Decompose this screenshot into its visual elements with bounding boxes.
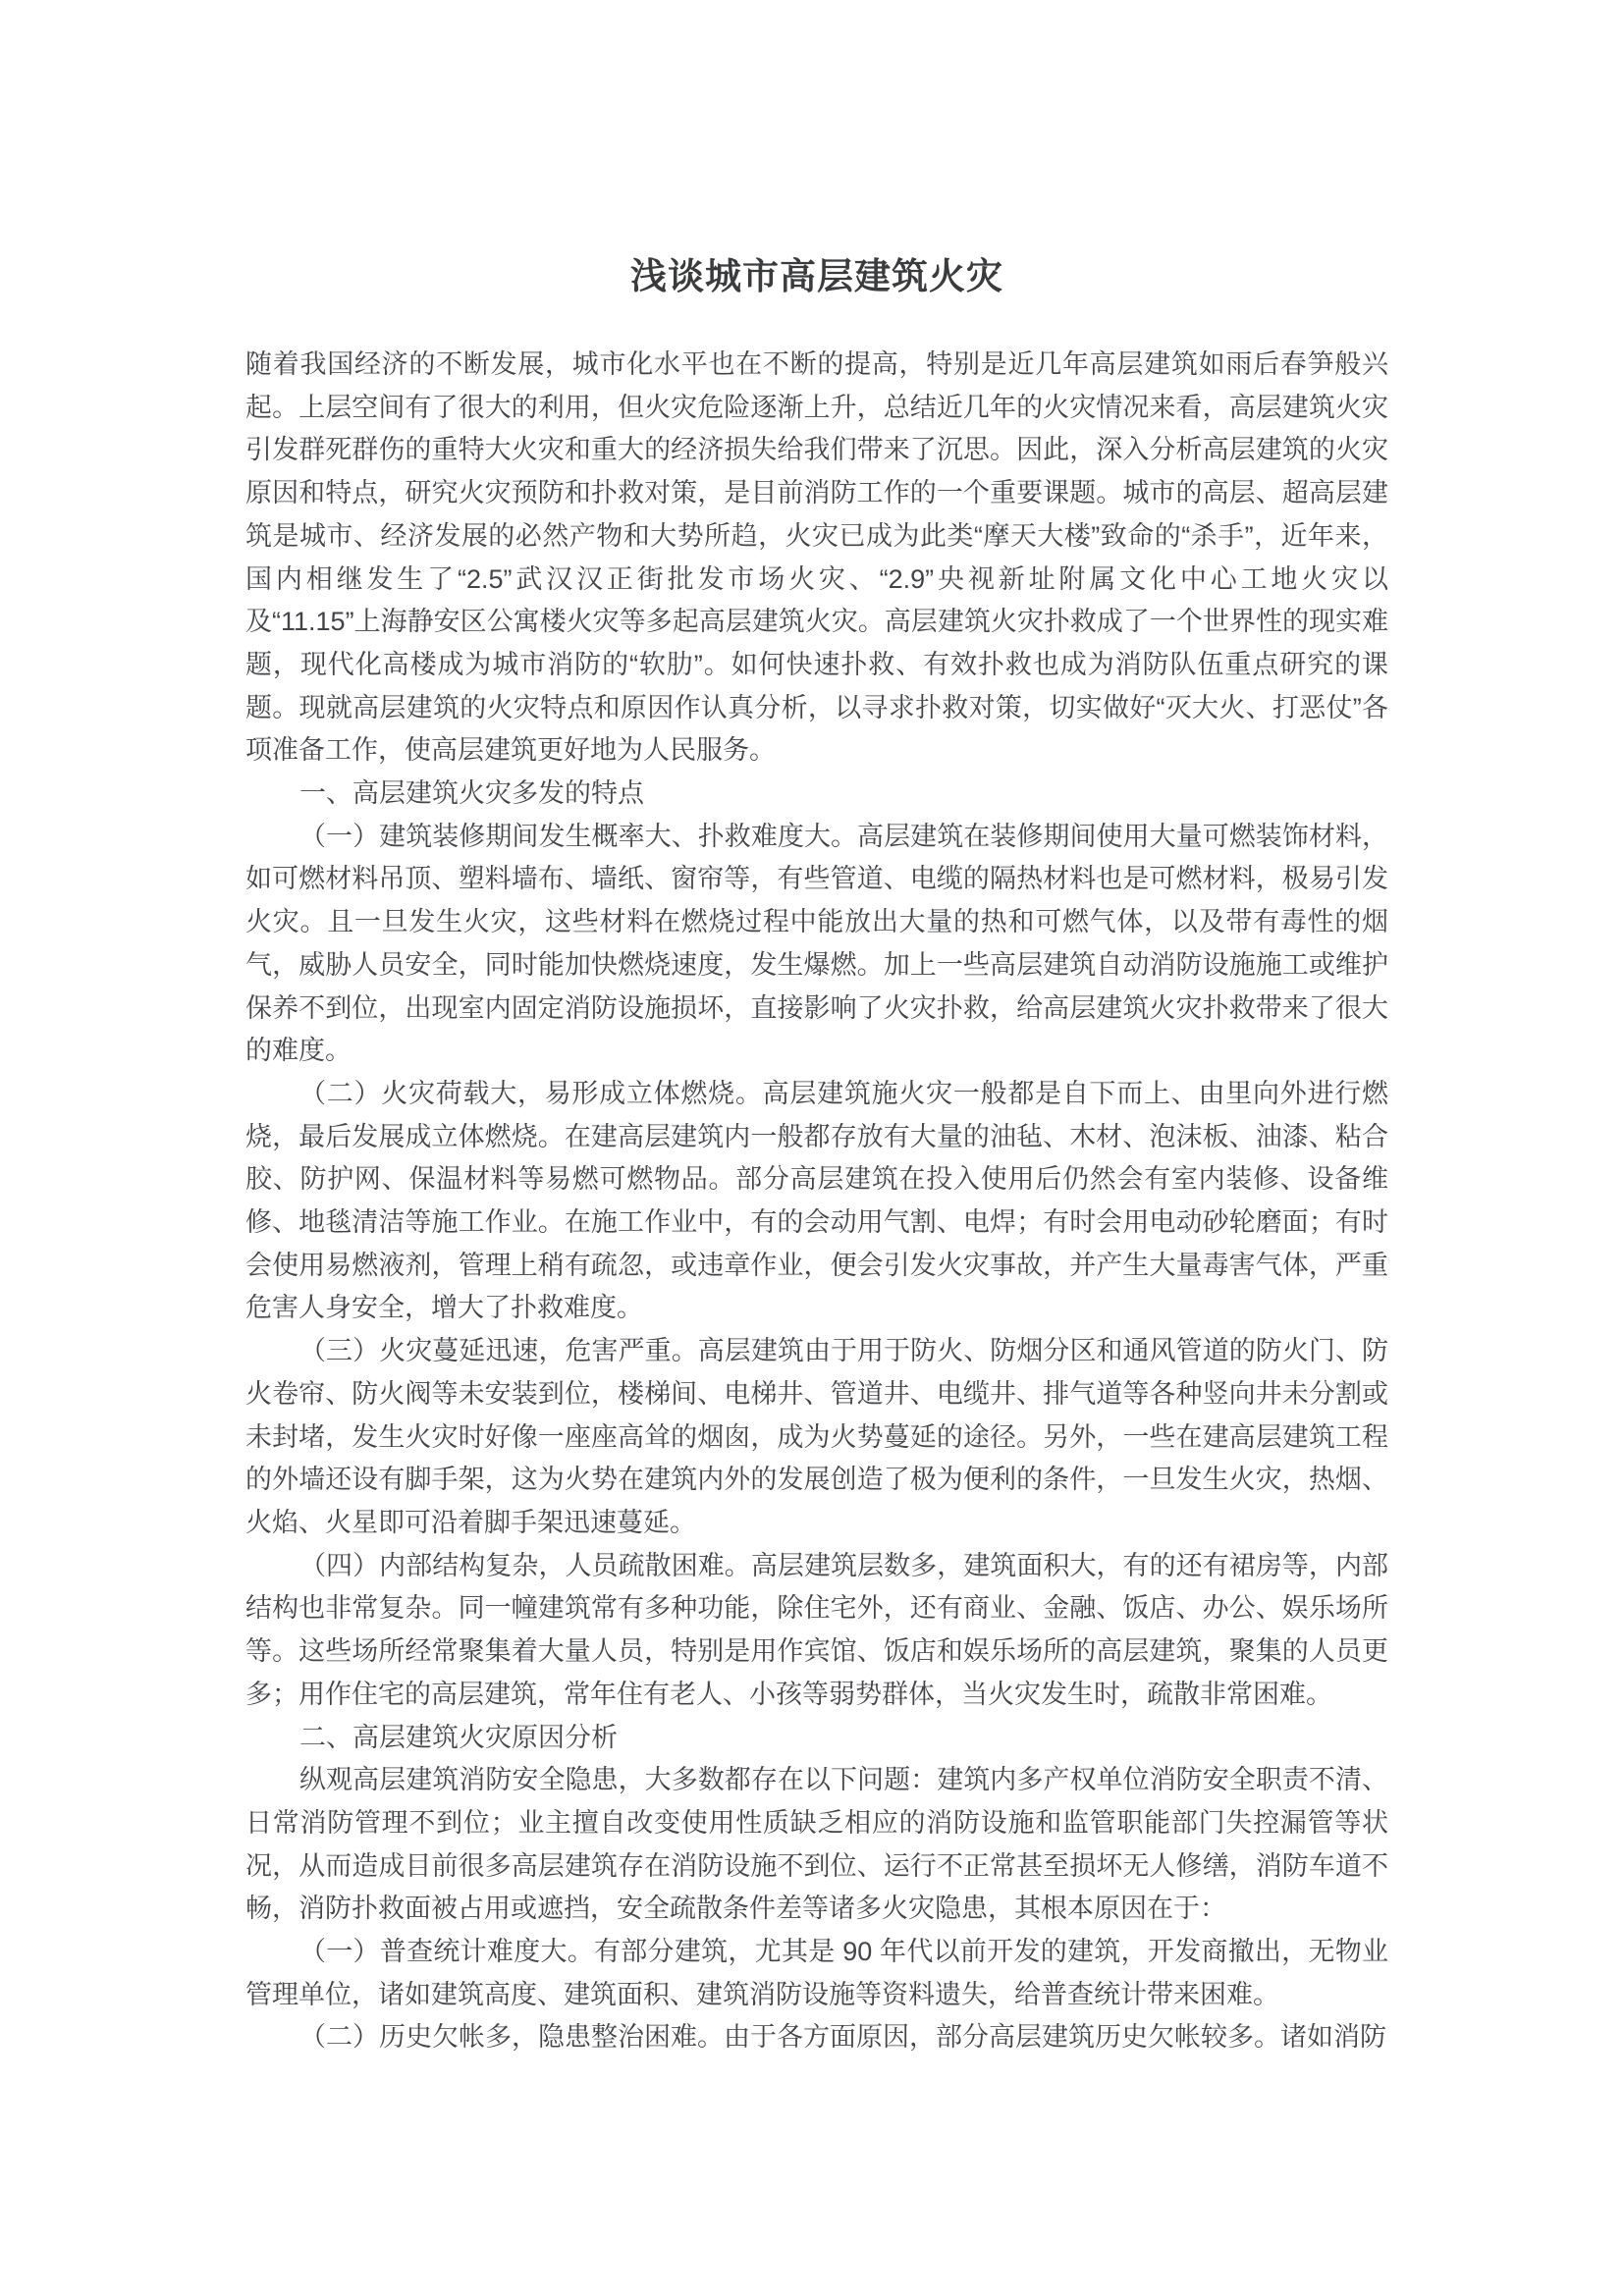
section-1-point-2: （二）火灾荷载大，易形成立体燃烧。高层建筑施火灾一般都是自下而上、由里向外进行燃… xyxy=(245,1073,1388,1330)
section-1-point-3: （三）火灾蔓延迅速，危害严重。高层建筑由于用于防火、防烟分区和通风管道的防火门、… xyxy=(245,1330,1388,1545)
section-2-intro: 纵观高层建筑消防安全隐患，大多数都存在以下问题：建筑内多产权单位消防安全职责不清… xyxy=(245,1759,1388,1931)
paragraph-intro: 随着我国经济的不断发展，城市化水平也在不断的提高，特别是近几年高层建筑如雨后春笋… xyxy=(245,344,1388,773)
section-2-heading: 二、高层建筑火灾原因分析 xyxy=(245,1717,1388,1760)
section-2-point-2: （二）历史欠帐多，隐患整治困难。由于各方面原因，部分高层建筑历史欠帐较多。诸如消… xyxy=(245,2016,1388,2059)
section-2-point-1: （一）普查统计难度大。有部分建筑，尤其是 90 年代以前开发的建筑，开发商撤出，… xyxy=(245,1931,1388,2016)
document-title: 浅谈城市高层建筑火灾 xyxy=(245,253,1388,300)
document-page: 浅谈城市高层建筑火灾 随着我国经济的不断发展，城市化水平也在不断的提高，特别是近… xyxy=(0,0,1624,2296)
section-1-point-1: （一）建筑装修期间发生概率大、扑救难度大。高层建筑在装修期间使用大量可燃装饰材料… xyxy=(245,816,1388,1073)
section-1-heading: 一、高层建筑火灾多发的特点 xyxy=(245,773,1388,816)
section-1-point-4: （四）内部结构复杂，人员疏散困难。高层建筑层数多，建筑面积大，有的还有裙房等，内… xyxy=(245,1545,1388,1717)
